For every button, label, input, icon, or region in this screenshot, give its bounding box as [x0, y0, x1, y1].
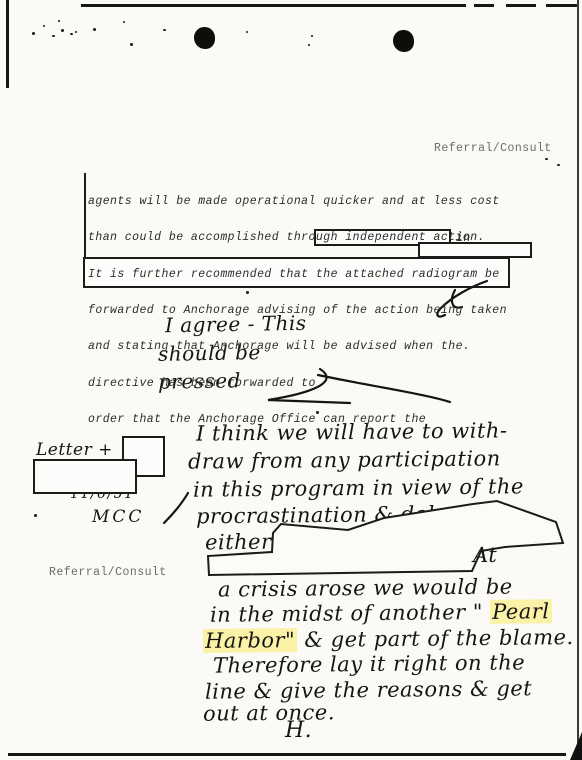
main-note-line8: Harbor" & get part of the blame.: [203, 625, 574, 653]
referral-consult-stamp-top: Referral/Consult: [434, 142, 552, 155]
scan-speckle: [70, 33, 73, 35]
scan-speckle: [311, 35, 313, 37]
referral-consult-stamp-left: Referral/Consult: [49, 566, 167, 579]
main-note-line6: a crisis arose we would be: [218, 574, 513, 601]
scan-right-edge-line: [577, 0, 579, 758]
handwritten-initials-mcc: MCC: [92, 507, 144, 527]
scan-top-edge-line: [81, 4, 466, 7]
scan-speckle: [123, 21, 125, 23]
main-note-line9: Therefore lay it right on the: [213, 650, 525, 677]
closing-initial-h: H.: [285, 718, 312, 743]
scan-speckle: [557, 164, 560, 166]
scan-left-edge-line: [6, 0, 9, 88]
typed-text: and stating that Anchorage will: [88, 340, 323, 353]
scan-speckle: [61, 29, 64, 32]
scan-speckle: [308, 44, 310, 46]
scan-speckle: [246, 31, 248, 33]
main-note-line7: in the midst of another " Pearl: [210, 599, 552, 627]
scan-corner-wedge: [570, 732, 582, 760]
scan-speckle: [43, 25, 45, 27]
scan-top-edge-dash: [506, 4, 536, 7]
highlighted-word-pearl: Pearl: [490, 599, 552, 624]
main-note-line2: draw from any participation: [188, 446, 501, 473]
main-note-line4: procrastination & delay: [196, 502, 461, 529]
scan-speckle: [52, 35, 55, 37]
scanned-document-page: Referral/Consult Referral/Consult agents…: [0, 0, 582, 760]
typed-line: and stating that Anchorage will be advis…: [88, 341, 507, 353]
typed-line: directive has been forwarded toin: [88, 378, 507, 390]
scan-speckle: [32, 32, 35, 35]
hole-punch-mark: [194, 27, 215, 49]
main-note-line11: out at once.: [203, 700, 335, 725]
paragraph-margin-line: [84, 173, 86, 259]
typed-line: agents will be made operational quicker …: [88, 196, 507, 208]
stray-pen-stroke: [164, 493, 188, 523]
main-note-fragment: At: [473, 543, 498, 567]
scan-top-edge-dash: [546, 4, 578, 7]
typed-line: order that the Anchorage Office can repo…: [88, 414, 507, 426]
typed-paragraph: agents will be made operational quicker …: [88, 172, 507, 450]
scan-speckle: [130, 43, 133, 46]
scan-speckle: [163, 29, 166, 31]
main-note-line5: either: [205, 530, 272, 555]
typed-text: directive has been forwarded to: [88, 377, 316, 390]
typed-text-struck: be advised when the.: [323, 340, 470, 353]
highlighted-word-harbor: Harbor": [203, 628, 297, 653]
main-note-text: in the midst of another ": [210, 600, 490, 627]
scan-speckle: [58, 20, 60, 22]
redaction-box-big-left: [33, 459, 137, 494]
main-note-line3: in this program in view of the: [193, 474, 524, 501]
hole-punch-mark: [393, 30, 414, 52]
scan-top-edge-dash: [474, 4, 494, 7]
scan-bottom-edge-line: [8, 753, 566, 756]
main-note-line10: line & give the reasons & get: [205, 676, 532, 703]
typed-line: than could be accomplished through indep…: [88, 232, 507, 244]
typed-word-in: in: [456, 233, 471, 245]
scan-speckle: [34, 514, 37, 517]
scan-speckle: [93, 28, 96, 31]
typed-line: It is further recommended that the attac…: [88, 269, 507, 281]
scan-speckle: [545, 158, 548, 160]
main-note-text: & get part of the blame.: [297, 625, 574, 652]
scan-speckle: [75, 31, 77, 33]
typed-line: forwarded to Anchorage advising of the a…: [88, 305, 507, 317]
